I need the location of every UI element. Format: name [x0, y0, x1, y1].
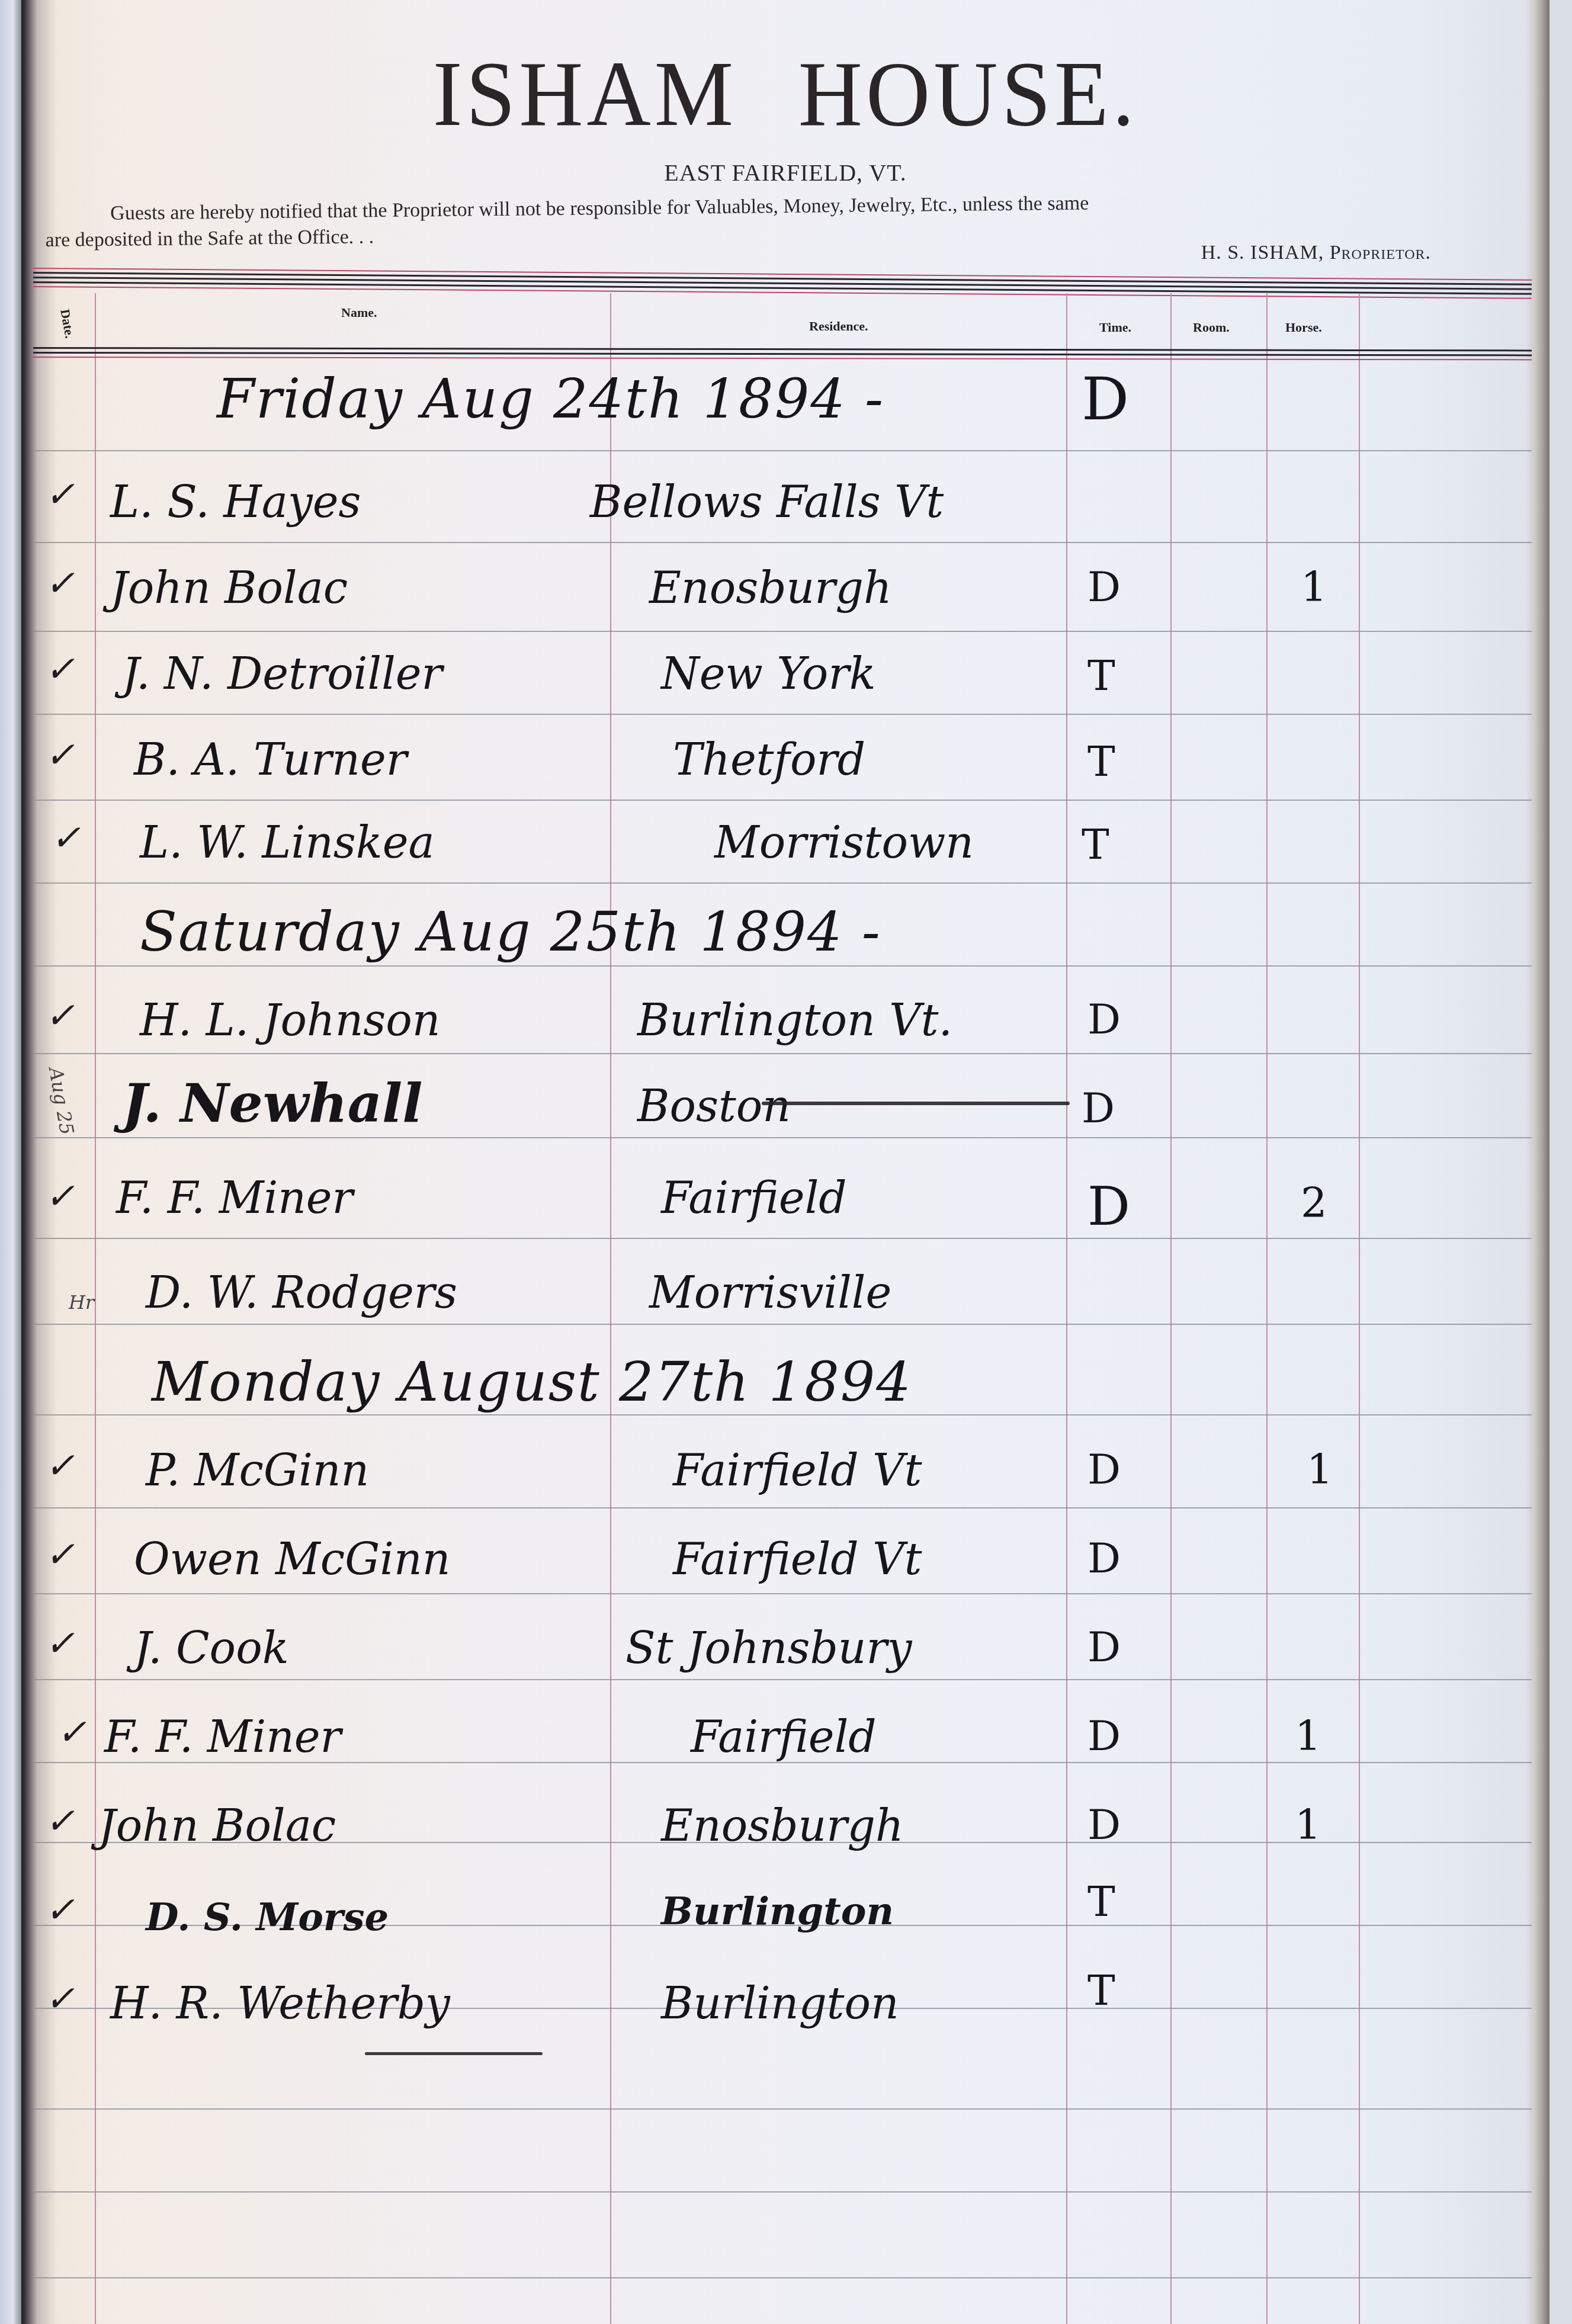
column-rule-name [610, 293, 611, 2324]
checkmark: ✓ [45, 1534, 75, 1575]
checkmark: ✓ [45, 1978, 75, 2020]
column-rule-horse [1359, 293, 1360, 2324]
guest-name: L. S. Hayes [110, 477, 361, 528]
previous-page-edge [0, 0, 21, 2324]
margin-note: Hr [69, 1291, 94, 1314]
guest-name: P. McGinn [146, 1445, 369, 1496]
column-rule-date [95, 293, 96, 2324]
time-mark: D [1087, 1176, 1130, 1238]
guest-name: H. R. Wetherby [110, 1978, 450, 2029]
time-mark: T [1087, 1966, 1115, 2015]
guest-residence: Thetford [673, 734, 865, 785]
ruled-line [33, 1679, 1532, 1680]
checkmark: ✓ [45, 734, 75, 776]
ruled-line [33, 631, 1532, 632]
horse-count: 1 [1295, 1800, 1321, 1849]
column-header-residence: Residence. [809, 319, 868, 334]
ruled-line [33, 1414, 1532, 1415]
guest-name: John Bolac [98, 1800, 336, 1851]
checkmark: ✓ [45, 1800, 75, 1842]
column-rule-time [1170, 293, 1172, 2324]
time-mark: D [1087, 1445, 1121, 1494]
guest-name: John Bolac [110, 563, 348, 614]
hotel-title: ISHAM HOUSE. [21, 40, 1549, 147]
checkmark: ✓ [45, 1445, 75, 1487]
guest-name: H. L. Johnson [140, 995, 441, 1046]
time-mark: D [1087, 1800, 1121, 1849]
ruled-line [33, 1324, 1532, 1325]
guest-name: L. W. Linskea [140, 817, 435, 868]
guest-residence: Burlington [661, 1978, 899, 2029]
guest-residence: Burlington Vt. [637, 995, 952, 1046]
register-page: ISHAM HOUSE. EAST FAIRFIELD, VT. Guests … [21, 0, 1549, 2324]
date-heading-saturday: Saturday Aug 25th 1894 - [140, 900, 881, 964]
date-heading-friday: Friday Aug 24th 1894 - [217, 367, 884, 431]
guest-residence: Morristown [714, 817, 974, 868]
proprietor-signature: H. S. ISHAM, Proprietor. [1201, 242, 1431, 264]
horse-count: 2 [1301, 1179, 1327, 1227]
time-mark: D [1087, 1534, 1121, 1582]
ruled-line [33, 800, 1532, 801]
checkmark: ✓ [45, 563, 75, 604]
time-mark: D [1087, 1712, 1121, 1760]
guest-name: J. N. Detroiller [122, 649, 442, 699]
horse-count: 1 [1307, 1445, 1333, 1494]
ruled-line [33, 714, 1532, 715]
guest-name: F. F. Miner [104, 1712, 341, 1763]
ruled-line [33, 1137, 1532, 1138]
hotel-location: EAST FAIRFIELD, VT. [21, 159, 1549, 187]
time-mark: D [1082, 364, 1129, 434]
time-mark: T [1087, 737, 1115, 786]
ruled-line [33, 542, 1532, 543]
column-header-room: Room. [1193, 320, 1230, 335]
column-rule-residence [1066, 293, 1067, 2324]
page-right-edge [1526, 0, 1549, 2324]
signature-underline [365, 2052, 543, 2055]
guest-residence: Burlington [661, 1889, 894, 1934]
time-mark: T [1082, 820, 1109, 869]
column-rule-room [1266, 293, 1268, 2324]
ruled-line [33, 2191, 1532, 2193]
column-header-horse: Horse. [1285, 320, 1322, 335]
ruled-line [33, 2108, 1532, 2110]
time-mark: D [1082, 1084, 1115, 1132]
column-header-date: Date. [57, 308, 77, 339]
guest-name: D. W. Rodgers [146, 1267, 457, 1318]
ruled-line [33, 1238, 1532, 1239]
guest-name: F. F. Miner [116, 1173, 353, 1224]
time-mark: D [1087, 1623, 1121, 1671]
checkmark: ✓ [45, 1889, 75, 1931]
ruled-line [33, 1593, 1532, 1594]
time-mark: T [1087, 1877, 1115, 1926]
guest-residence: Fairfield [691, 1712, 877, 1763]
guest-residence: Bellows Falls Vt [590, 477, 944, 528]
guest-name: D. S. Morse [146, 1895, 389, 1940]
header-top-rule [33, 268, 1532, 302]
ruled-line [33, 1053, 1532, 1054]
column-header-time: Time. [1099, 320, 1131, 335]
guest-residence: Morrisville [649, 1267, 891, 1318]
checkmark: ✓ [57, 1712, 86, 1753]
horse-count: 1 [1301, 563, 1327, 611]
guest-name: J. Cook [134, 1623, 289, 1674]
checkmark: ✓ [45, 995, 75, 1036]
checkmark: ✓ [45, 649, 75, 690]
ruled-line [33, 965, 1532, 967]
guest-residence: Enosburgh [649, 563, 892, 614]
guest-residence: New York [661, 649, 876, 699]
guest-name: Owen McGinn [134, 1534, 450, 1585]
header-bottom-rule [33, 347, 1532, 363]
guest-residence: Fairfield Vt [673, 1534, 922, 1585]
ruled-line [33, 1507, 1532, 1508]
guest-name: J. Newhall [122, 1072, 422, 1135]
guest-residence: Boston [637, 1081, 791, 1132]
date-heading-monday: Monday August 27th 1894 [152, 1350, 912, 1414]
checkmark: ✓ [45, 474, 75, 515]
guest-name: B. A. Turner [134, 734, 407, 785]
checkmark: ✓ [51, 817, 81, 859]
guest-residence: Enosburgh [661, 1800, 904, 1851]
proprietor-name: H. S. ISHAM, Proprietor. [1201, 242, 1431, 264]
checkmark: ✓ [45, 1623, 75, 1664]
checkmark: ✓ [45, 1176, 75, 1217]
ruled-line [33, 2277, 1532, 2278]
ruled-line [33, 882, 1532, 884]
time-mark: D [1087, 563, 1121, 611]
guest-residence: Fairfield [661, 1173, 847, 1224]
time-mark: D [1087, 995, 1121, 1044]
ruled-line [33, 450, 1532, 451]
horse-count: 1 [1295, 1712, 1321, 1760]
column-header-name: Name. [341, 305, 377, 320]
guest-residence: Fairfield Vt [673, 1445, 922, 1496]
time-mark: T [1087, 651, 1115, 700]
ink-stroke [762, 1102, 1070, 1105]
guest-residence: St Johnsbury [625, 1623, 912, 1674]
